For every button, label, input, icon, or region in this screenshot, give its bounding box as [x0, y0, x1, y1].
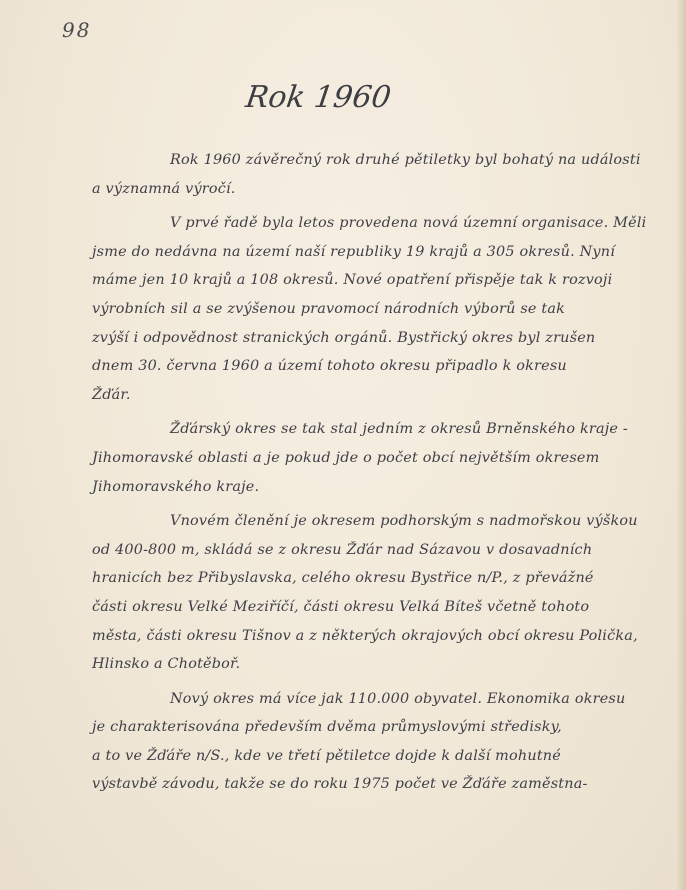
- page-title: Rok 1960: [244, 80, 394, 115]
- text-line: města, části okresu Tišnov a z některých…: [92, 622, 666, 651]
- handwritten-body: Rok 1960 závěrečný rok druhé pětiletky b…: [92, 146, 666, 799]
- text-line: Žďár.: [92, 381, 666, 410]
- text-line: výstavbě závodu, takže se do roku 1975 p…: [92, 770, 666, 799]
- text-line: Rok 1960 závěrečný rok druhé pětiletky b…: [92, 146, 666, 175]
- text-line: a to ve Žďáře n/S., kde ve třetí pětilet…: [92, 742, 666, 771]
- text-line: je charakterisována především dvěma prům…: [92, 713, 666, 742]
- text-line: Hlinsko a Chotěboř.: [92, 650, 666, 679]
- text-line: části okresu Velké Meziříčí, části okres…: [92, 593, 666, 622]
- text-line: výrobních sil a se zvýšenou pravomocí ná…: [92, 295, 666, 324]
- text-line: jsme do nedávna na území naší republiky …: [92, 238, 666, 267]
- page-number: 98: [62, 18, 91, 42]
- text-line: zvýší i odpovědnost stranických orgánů. …: [92, 324, 666, 353]
- paragraph-5: Nový okres má více jak 110.000 obyvatel.…: [92, 685, 666, 799]
- text-line: od 400-800 m, skládá se z okresu Žďár na…: [92, 536, 666, 565]
- text-line: dnem 30. června 1960 a území tohoto okre…: [92, 352, 666, 381]
- text-line: máme jen 10 krajů a 108 okresů. Nové opa…: [92, 266, 666, 295]
- text-line: Nový okres má více jak 110.000 obyvatel.…: [92, 685, 666, 714]
- text-line: a významná výročí.: [92, 175, 666, 204]
- paragraph-2: V prvé řadě byla letos provedena nová úz…: [92, 209, 666, 409]
- paragraph-3: Žďárský okres se tak stal jedním z okres…: [92, 415, 666, 501]
- text-line: hranicích bez Přibyslavska, celého okres…: [92, 564, 666, 593]
- text-line: Žďárský okres se tak stal jedním z okres…: [92, 415, 666, 444]
- text-line: Jihomoravské oblasti a je pokud jde o po…: [92, 444, 666, 473]
- chronicle-page: 98 Rok 1960 Rok 1960 závěrečný rok druhé…: [0, 0, 686, 890]
- paragraph-4: Vnovém členění je okresem podhorským s n…: [92, 507, 666, 679]
- text-line: Jihomoravského kraje.: [92, 473, 666, 502]
- text-line: Vnovém členění je okresem podhorským s n…: [92, 507, 666, 536]
- paragraph-1: Rok 1960 závěrečný rok druhé pětiletky b…: [92, 146, 666, 203]
- text-line: V prvé řadě byla letos provedena nová úz…: [92, 209, 666, 238]
